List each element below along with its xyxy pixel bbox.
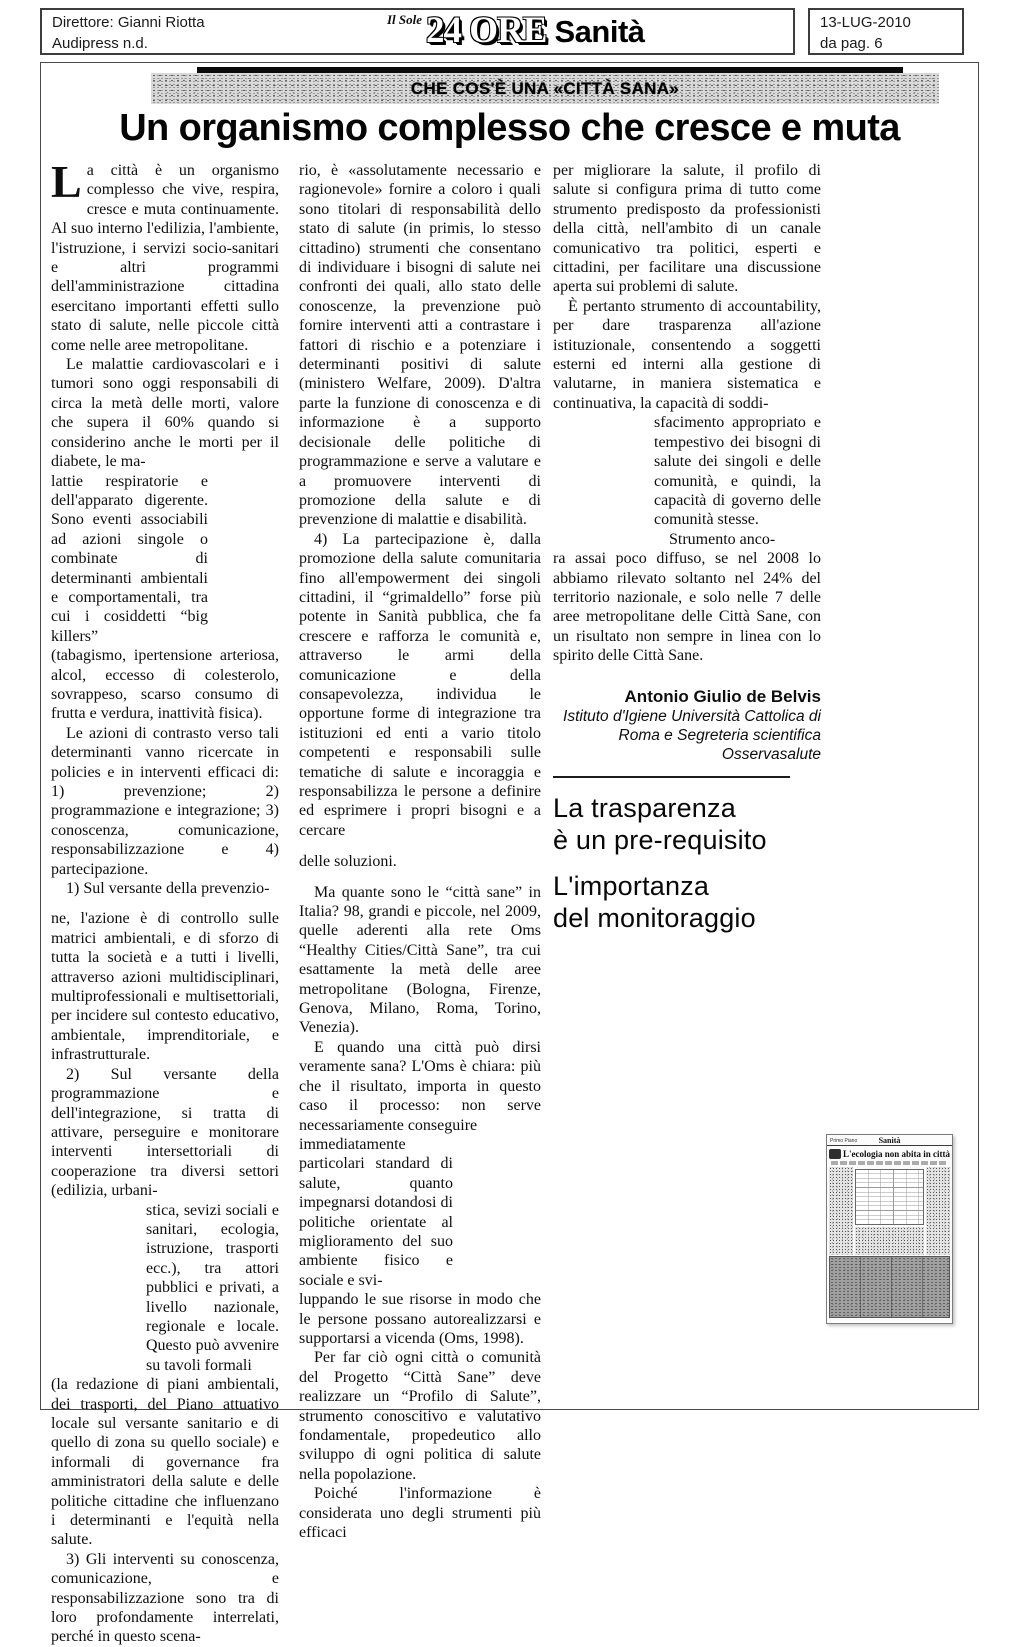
- related-page-thumbnail: Primo Piano Sanità L'ecologia non abita …: [826, 1134, 953, 1324]
- thumbnail-table: [855, 1169, 924, 1225]
- paragraph-wrap-left: immediatamente particolari standard di s…: [299, 1135, 453, 1290]
- audipress-line: Audipress n.d.: [52, 35, 148, 52]
- thumbnail-text-noise-left: [829, 1167, 853, 1255]
- paragraph: È pertanto strumento di accountability, …: [553, 297, 821, 413]
- thumbnail-photo-icon: [829, 1149, 841, 1159]
- paragraph: Ma quante sono le “città sane” in Italia…: [299, 883, 541, 1038]
- article-column-3: per migliorare la salute, il profilo di …: [553, 161, 821, 934]
- paragraph: Per far ciò ogni città o comunità del Pr…: [299, 1348, 541, 1484]
- paragraph: E quando una città può dirsi veramente s…: [299, 1038, 541, 1135]
- kicker-text: CHE COS'È UNA «CITTÀ SANA»: [411, 79, 679, 99]
- date-page-box: 13-LUG-2010 da pag. 6: [808, 8, 964, 55]
- paragraph: 4) La partecipazione è, dalla promozione…: [299, 530, 541, 841]
- thumbnail-headline: L'ecologia non abita in città: [843, 1149, 950, 1159]
- drop-cap: L: [51, 161, 87, 200]
- thumbnail-text-noise-center: [855, 1227, 924, 1255]
- thumbnail-subheadline-bar: [831, 1161, 948, 1165]
- article-column-2: rio, è «assolutamente necessario e ragio…: [299, 161, 541, 1542]
- paragraph: Le malattie cardiovascolari e i tumori s…: [51, 355, 279, 471]
- thumbnail-masthead-row: Primo Piano Sanità: [827, 1135, 952, 1146]
- paragraph: 3) Gli interventi su conoscenza, comunic…: [51, 1550, 279, 1647]
- paragraph: 1) Sul versante della prevenzio-: [51, 879, 279, 898]
- page-reference: da pag. 6: [820, 35, 883, 52]
- paragraph-wrap-right: Strumento anco-: [654, 530, 821, 549]
- section-divider: [553, 776, 790, 778]
- paragraph: La città è un organismo complesso che vi…: [51, 161, 279, 355]
- paragraph: ra assai poco diffuso, se nel 2008 lo ab…: [553, 549, 821, 665]
- thumbnail-gray-table: [829, 1256, 950, 1318]
- article-frame: CHE COS'È UNA «CITTÀ SANA» Un organismo …: [40, 62, 979, 1410]
- thumbnail-body: [829, 1167, 950, 1255]
- author-affiliation: Istituto d'Igiene Università Cattolica d…: [553, 707, 821, 764]
- logo-24-ore-text: 24 ORE: [426, 12, 546, 50]
- subhead-trasparenza: La trasparenza è un pre-requisito: [553, 792, 821, 856]
- kicker-banner-band: CHE COS'È UNA «CITTÀ SANA»: [151, 73, 939, 104]
- paragraph: luppando le sue risorse in modo che le p…: [299, 1290, 541, 1348]
- logo-il-sole-text: Il Sole: [387, 12, 422, 28]
- paragraph-wrap-left: lattie respiratorie e dell'apparato dige…: [51, 472, 208, 647]
- article-column-1: La città è un organismo complesso che vi…: [51, 161, 279, 1647]
- author-block: Antonio Giulio de Belvis Istituto d'Igie…: [553, 686, 821, 764]
- paragraph-wrap-right: stica, sevizi sociali e sanitari, ecolog…: [146, 1201, 279, 1376]
- subhead-monitoraggio: L'importanza del monitoraggio: [553, 870, 821, 934]
- thumbnail-masthead: Sanità: [827, 1136, 952, 1145]
- author-name: Antonio Giulio de Belvis: [553, 686, 821, 707]
- thumbnail-headline-row: L'ecologia non abita in città: [827, 1146, 952, 1160]
- paragraph: Poiché l'informazione è considerata uno …: [299, 1484, 541, 1542]
- kicker-banner: CHE COS'È UNA «CITTÀ SANA»: [151, 67, 939, 104]
- paragraph: (la redazione di piani ambientali, dei t…: [51, 1375, 279, 1550]
- newspaper-scan-page: { "header": { "director": "Direttore: Gi…: [0, 0, 1024, 1448]
- director-line: Direttore: Gianni Riotta: [52, 14, 205, 31]
- article-title: Un organismo complesso che cresce e muta: [41, 107, 978, 149]
- paragraph: delle soluzioni.: [299, 852, 541, 871]
- il-sole-24-ore-logo: Il Sole 24 ORE Sanità: [387, 12, 645, 50]
- paragraph: per migliorare la salute, il profilo di …: [553, 161, 821, 297]
- paragraph: (tabagismo, ipertensione arteriosa, alco…: [51, 646, 279, 724]
- paragraph: rio, è «assolutamente necessario e ragio…: [299, 161, 541, 530]
- issue-date: 13-LUG-2010: [820, 14, 911, 31]
- thumbnail-text-noise-right: [926, 1167, 950, 1255]
- paragraph-wrap-right: sfacimento appropriato e tempestivo dei …: [654, 413, 821, 529]
- paragraph: Le azioni di contrasto verso tali determ…: [51, 724, 279, 879]
- paragraph: ne, l'azione è di controllo sulle matric…: [51, 909, 279, 1064]
- masthead-info-box: Direttore: Gianni Riotta Audipress n.d. …: [40, 8, 795, 55]
- paragraph: 2) Sul versante della programmazione e d…: [51, 1065, 279, 1201]
- logo-section-text: Sanità: [554, 14, 644, 50]
